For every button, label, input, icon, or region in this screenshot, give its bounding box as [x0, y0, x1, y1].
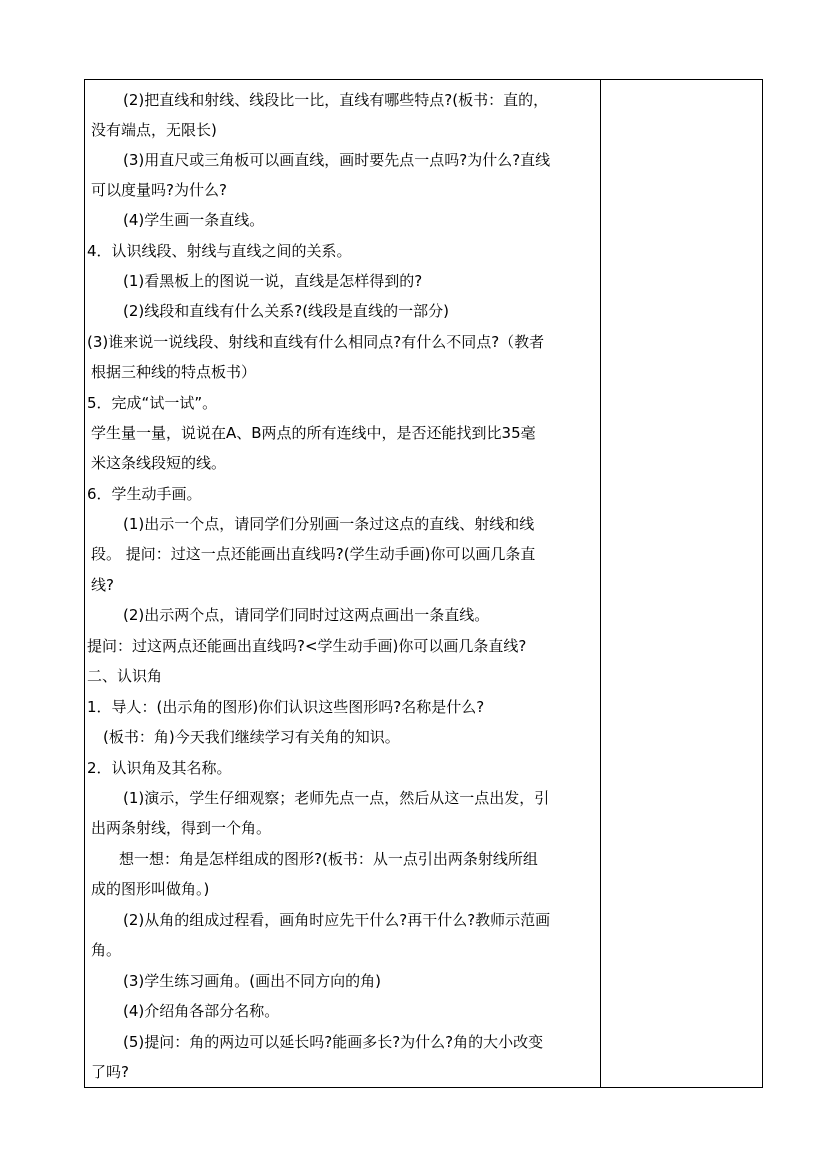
notes-cell — [601, 80, 762, 1087]
text-line: (2)出示两个点，请同学们同时过这两点画出一条直线。 — [123, 605, 489, 625]
text-line: 了吗? — [91, 1062, 129, 1082]
text-line: 可以度量吗?为什么? — [91, 180, 227, 200]
text-line: (1)出示一个点，请同学们分别画一条过这点的直线、射线和线 — [123, 514, 534, 534]
text-line: (5)提问：角的两边可以延长吗?能画多长?为什么?角的大小改变 — [123, 1032, 543, 1052]
text-line: 线? — [91, 575, 114, 595]
text-line: 1．导人：(出示角的图形)你们认识这些图形吗?名称是什么? — [87, 697, 484, 717]
text-line: (3)学生练习画角。(画出不同方向的角) — [123, 971, 381, 991]
text-line: 提问：过这两点还能画出直线吗?<学生动手画)你可以画几条直线? — [87, 636, 526, 656]
text-line: 米这条线段短的线。 — [91, 453, 226, 473]
text-line: 出两条射线，得到一个角。 — [91, 818, 271, 838]
lesson-plan-table: (2)把直线和射线、线段比一比，直线有哪些特点?(板书：直的，没有端点，无限长)… — [84, 79, 763, 1088]
text-line: (1)看黑板上的图说一说，直线是怎样得到的? — [123, 271, 422, 291]
text-line: (3)用直尺或三角板可以画直线，画时要先点一点吗?为什么?直线 — [123, 150, 550, 170]
text-line: (4)学生画一条直线。 — [123, 210, 264, 230]
text-line: 角。 — [91, 940, 121, 960]
text-line: 5．完成“试一试”。 — [87, 393, 217, 413]
text-line: (2)线段和直线有什么关系?(线段是直线的一部分) — [123, 301, 449, 321]
text-line: 根据三种线的特点板书） — [91, 362, 256, 382]
text-line: (1)演示，学生仔细观察；老师先点一点，然后从这一点出发，引 — [123, 788, 549, 808]
text-line: (4)介绍角各部分名称。 — [123, 1001, 279, 1021]
text-line: (板书：角)今天我们继续学习有关角的知识。 — [103, 727, 400, 747]
text-line: 成的图形叫做角。) — [91, 879, 209, 899]
text-line: 6．学生动手画。 — [87, 484, 202, 504]
text-line: 二、认识角 — [87, 666, 162, 686]
lesson-content-cell: (2)把直线和射线、线段比一比，直线有哪些特点?(板书：直的，没有端点，无限长)… — [85, 80, 601, 1087]
text-line: 段。 提问：过这一点还能画出直线吗?(学生动手画)你可以画几条直 — [91, 544, 535, 564]
text-line: 想一想：角是怎样组成的图形?(板书：从一点引出两条射线所组 — [119, 849, 538, 869]
text-line: (3)谁来说一说线段、射线和直线有什么相同点?有什么不同点?（教者 — [87, 332, 544, 352]
text-line: (2)把直线和射线、线段比一比，直线有哪些特点?(板书：直的， — [123, 90, 548, 110]
text-line: 4．认识线段、射线与直线之间的关系。 — [87, 241, 352, 261]
text-line: 2．认识角及其名称。 — [87, 758, 232, 778]
text-line: 学生量一量，说说在A、B两点的所有连线中，是否还能找到比35毫 — [91, 423, 536, 443]
text-line: (2)从角的组成过程看，画角时应先干什么?再干什么?教师示范画 — [123, 910, 550, 930]
text-line: 没有端点，无限长) — [91, 120, 217, 140]
